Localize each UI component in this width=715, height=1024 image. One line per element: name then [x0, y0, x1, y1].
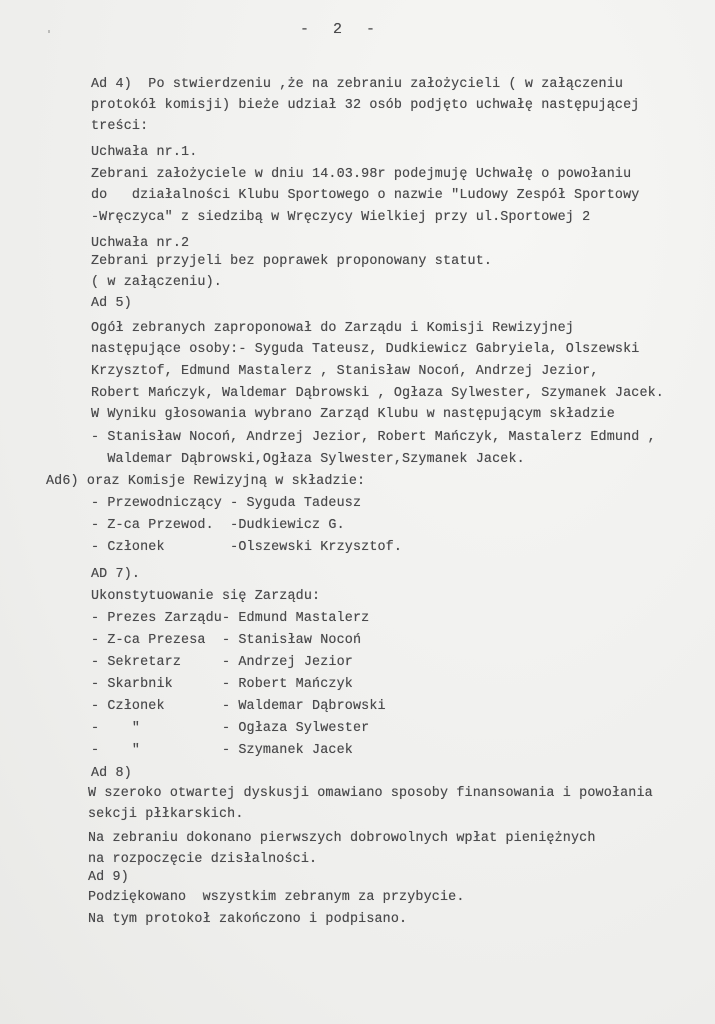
text-line: - Stanisław Nocoń, Andrzej Jezior, Rober… — [91, 430, 656, 446]
text-line: sekcji płłkarskich. — [88, 807, 244, 823]
text-line: Na zebraniu dokonano pierwszych dobrowol… — [88, 831, 596, 847]
text-line: Ogół zebranych zaproponował do Zarządu i… — [91, 321, 574, 337]
text-line: - Z-ca Przewod. -Dudkiewicz G. — [91, 518, 345, 534]
text-line: Podziękowano wszystkim zebranym za przyb… — [88, 890, 465, 906]
text-line: - " - Ogłaza Sylwester — [91, 721, 369, 737]
text-line: treści: — [91, 119, 148, 135]
text-line: Ukonstytuowanie się Zarządu: — [91, 589, 320, 605]
text-line: następujące osoby:- Syguda Tateusz, Dudk… — [91, 342, 639, 358]
text-line: Ad6) oraz Komisje Rewizyjną w składzie: — [46, 474, 365, 490]
text-line: -Wręczyca" z siedzibą w Wręczycy Wielkie… — [91, 210, 590, 226]
text-line: Ad 5) — [91, 296, 132, 312]
text-line: W szeroko otwartej dyskusji omawiano spo… — [88, 786, 653, 802]
document-page: - 2 - Ad 4) Po stwierdzeniu ,że na zebra… — [0, 0, 715, 1024]
text-line: Zebrani przyjeli bez poprawek proponowan… — [91, 254, 492, 270]
page-number: - 2 - — [300, 22, 377, 38]
text-line: - Prezes Zarządu- Edmund Mastalerz — [91, 611, 369, 627]
text-line: AD 7). — [91, 567, 140, 583]
text-line: Na tym protokoł zakończono i podpisano. — [88, 912, 407, 928]
text-line: Uchwała nr.2 — [91, 236, 189, 252]
text-line: - Przewodniczący - Syguda Tadeusz — [91, 496, 361, 512]
text-line: ( w załączeniu). — [91, 275, 222, 291]
text-line: - " - Szymanek Jacek — [91, 743, 353, 759]
text-line: - Skarbnik - Robert Mańczyk — [91, 677, 353, 693]
text-line: W Wyniku głosowania wybrano Zarząd Klubu… — [91, 407, 615, 423]
text-line: do działalności Klubu Sportowego o nazwi… — [91, 188, 639, 204]
text-line: Krzysztof, Edmund Mastalerz , Stanisław … — [91, 364, 599, 380]
stray-mark — [48, 30, 50, 33]
text-line: na rozpoczęcie dzisłalności. — [88, 852, 317, 868]
text-line: Zebrani założyciele w dniu 14.03.98r pod… — [91, 167, 631, 183]
text-line: Ad 4) Po stwierdzeniu ,że na zebraniu za… — [91, 77, 623, 93]
text-line: Ad 8) — [91, 766, 132, 782]
text-line: Robert Mańczyk, Waldemar Dąbrowski , Ogł… — [91, 386, 664, 402]
text-line: - Sekretarz - Andrzej Jezior — [91, 655, 353, 671]
text-line: protokół komisji) bieże udział 32 osób p… — [91, 98, 639, 114]
text-line: - Członek -Olszewski Krzysztof. — [91, 540, 402, 556]
text-line: Ad 9) — [88, 870, 129, 886]
text-line: - Z-ca Prezesa - Stanisław Nocoń — [91, 633, 361, 649]
text-line: Uchwała nr.1. — [91, 145, 197, 161]
text-line: - Członek - Waldemar Dąbrowski — [91, 699, 386, 715]
text-line: Waldemar Dąbrowski,Ogłaza Sylwester,Szym… — [91, 452, 525, 468]
